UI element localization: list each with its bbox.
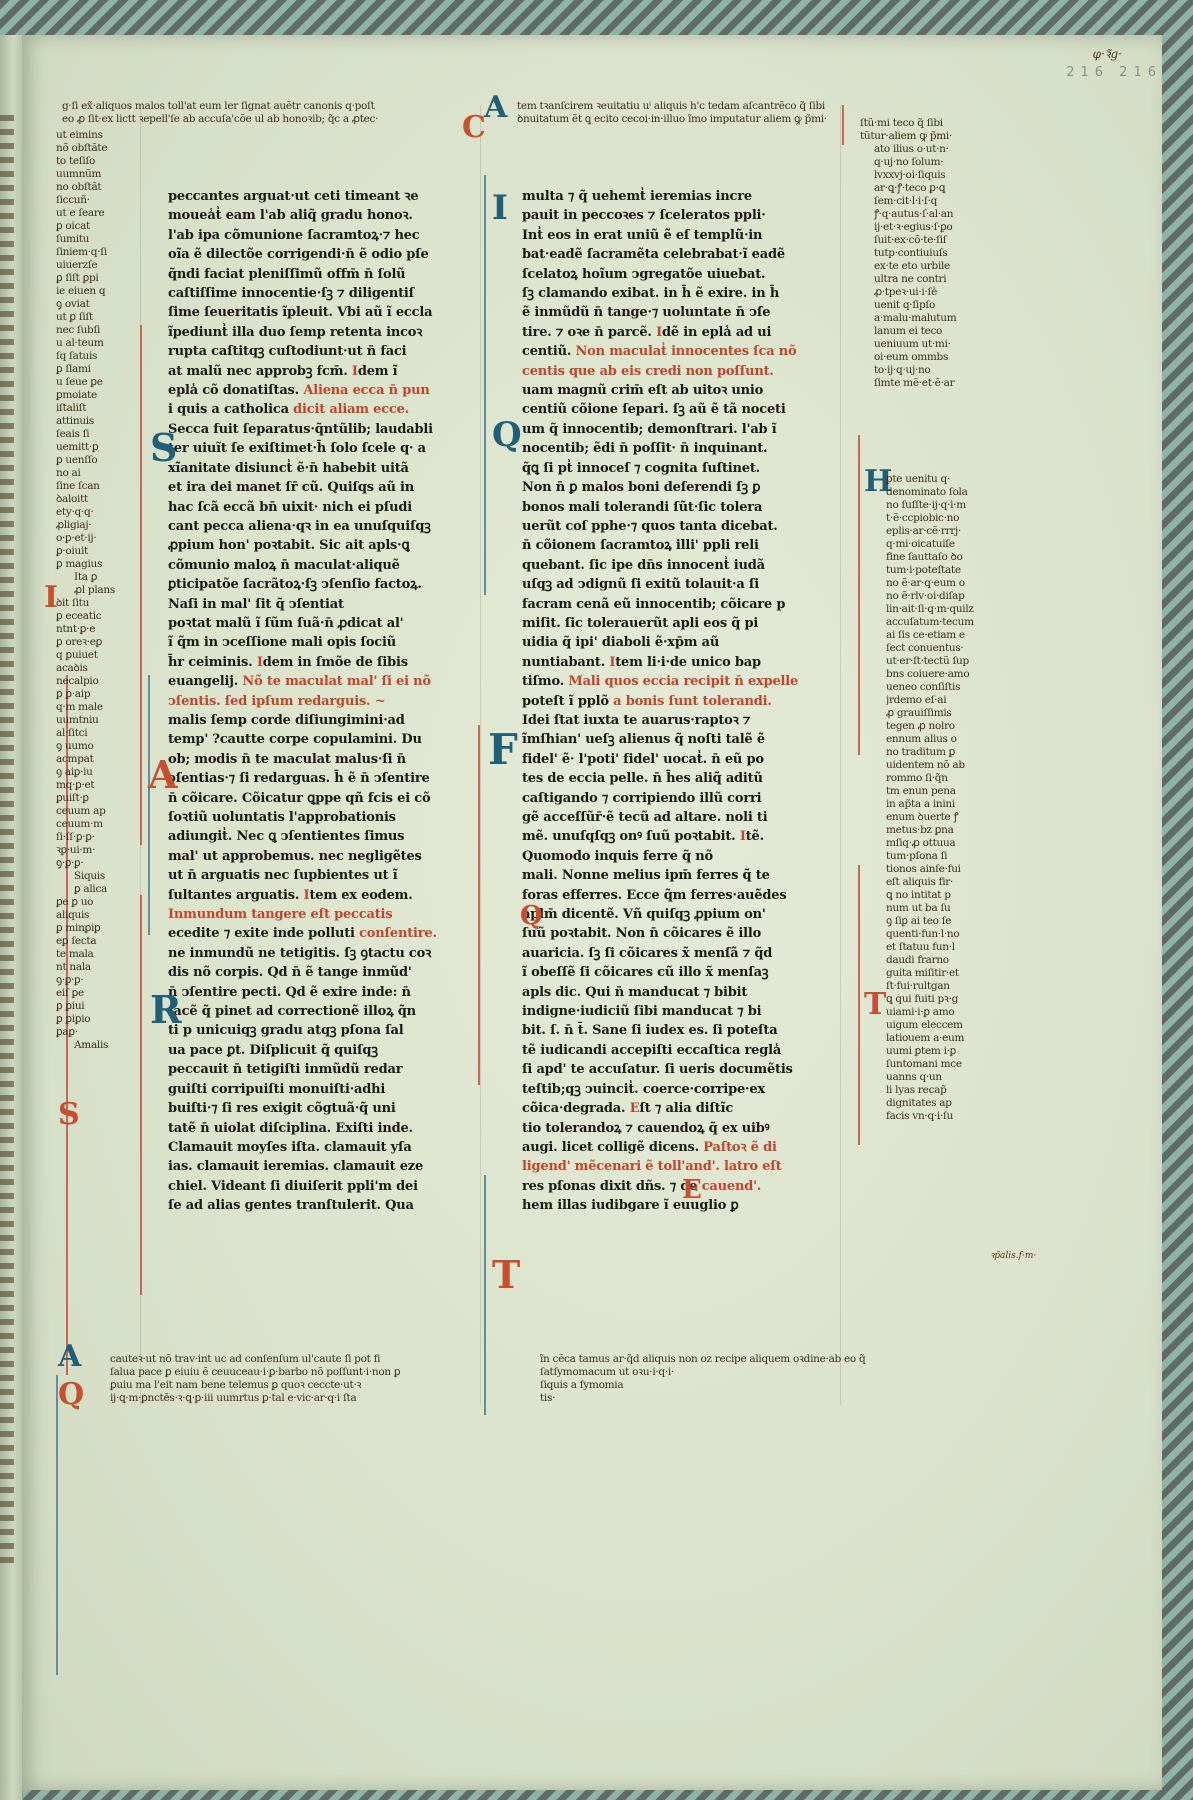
text-segment: ne inmundũ ne tetigitis. ſꝫ ꝯtactu coꝛ xyxy=(168,946,431,961)
initial-s: S xyxy=(150,433,177,463)
gloss-line: rommo ſi·q̃n xyxy=(886,772,996,785)
rubric: Mali quos eccia recipit n̄ expelle xyxy=(568,674,798,689)
gloss-bottom-right: ĩn cẽca tamus ar·q̃d aliquis non oz reci… xyxy=(540,1353,1010,1405)
facing-page-edge xyxy=(0,35,23,1800)
text-segment: Idei ſtat iuxta te auarus·raptoꝛ ⁊ xyxy=(522,713,750,728)
text-line: nuntiabant. Item li·i·de unico bap xyxy=(522,653,840,672)
text-segment: fidel' ẽ· l'poti' fidel' uocat̾. n̄ eũ p… xyxy=(522,752,764,767)
text-line: miſit. ſic tolerauerũt apli eos q̃ pi xyxy=(522,614,840,633)
text-line: ꝑticipatõe ſacrãtoꝝ·ſꝫ ↄſenſio factoꝝ. xyxy=(168,575,486,594)
text-line: rupta caſtitqꝫ cuſtodiunt·ut n̄ faci xyxy=(168,342,486,361)
text-segment: ut n̄ arguatis nec ſupbientes ut ĩ xyxy=(168,868,397,883)
text-line: q̃ꝗ ſi pt̾ innoceſ ⁊ cognita ſuſtinet. xyxy=(522,459,840,478)
text-segment: guiſti corripuiſti monuiſti·adhi xyxy=(168,1082,385,1097)
text-line: centiũ. Non maculat̾ innocentes ſca nõ xyxy=(522,342,840,361)
text-segment: bat·eadẽ ſacramẽta celebrabat·ĩ eadẽ xyxy=(522,247,785,262)
text-segment: ti p unicuiqꝫ gradu atqꝫ pſona ſal xyxy=(168,1023,404,1038)
text-segment: caſtiſſime innocentie·ſꝫ ⁊ diligentiſ xyxy=(168,286,414,301)
gloss-line: ſuntomani mce xyxy=(886,1058,996,1071)
text-line: apls dic. Qui n̄ manducat ⁊ bibit xyxy=(522,983,840,1002)
text-segment: multa ⁊ q̃ uehemt̾ ieremias incre xyxy=(522,189,752,204)
text-line: temp' ?cautte corpe copulamini. Du xyxy=(168,730,486,749)
text-segment: n̄ ↄſentire pecti. Qd ẽ exire inde: n̄ xyxy=(168,985,411,1000)
text-line: epla̾ cõ donatiſtas. Aliena ecca n̄ pun xyxy=(168,381,486,400)
text-segment: ſe ad alias gentes tranſtulerit. Qua xyxy=(168,1198,414,1213)
initial-q-red: Q xyxy=(520,901,543,931)
text-segment: tiſmo. xyxy=(522,674,568,689)
gloss-line: uiami·i·ꝑ amo xyxy=(886,1006,996,1019)
folio-number: 216 216 xyxy=(1066,65,1162,80)
text-line: poteſt ĩ pplõ a bonis ſunt tolerandi. xyxy=(522,692,840,711)
gloss-line: bns coiuere·amo xyxy=(886,668,996,681)
gloss-bottom-left: cauteꝛ·ut nõ trav·int uc ad conſenſum ul… xyxy=(92,1353,492,1405)
gloss-line: facis vn·q·i·ſu xyxy=(886,1110,996,1123)
text-line: at malũ nec approbꝫ fcm̄. Idem ĩ xyxy=(168,362,486,381)
gloss-line: mſiq·ꝓ ottuua xyxy=(886,837,996,850)
initial-r: R xyxy=(150,995,182,1025)
text-line: ti p unicuiqꝫ gradu atqꝫ pſona ſal xyxy=(168,1021,486,1040)
text-line: pauit in peccoꝛes ⁊ ſceleratos ppli· xyxy=(522,206,840,225)
text-segment: dẽ in epla̾ ad ui xyxy=(662,325,771,340)
text-segment: pauit in peccoꝛes ⁊ ſceleratos ppli· xyxy=(522,208,766,223)
text-line: tire. ⁊ oꝛe n̄ parcẽ. Idẽ in epla̾ ad ui xyxy=(522,323,840,342)
text-segment: ſꝫ clamando exibat. in h̄ ẽ exire. in h̄ xyxy=(522,286,779,301)
text-line: et ira dei manet ſr̄ cũ. Quiſqs aũ in xyxy=(168,478,486,497)
gloss-line: ꝑte uenitu q· xyxy=(886,473,996,486)
text-segment: dem ĩ xyxy=(358,364,398,379)
gloss-line: et ſtatuu fun·l xyxy=(886,941,996,954)
gloss-line: ueneo conſiſtis xyxy=(886,681,996,694)
text-line: l'ab ipa cõmunione ſacramtoꝝ·⁊ hec xyxy=(168,226,486,245)
gloss-line: tum·pſona ſi xyxy=(886,850,996,863)
initial-i-decorated: I xyxy=(492,193,508,223)
text-line: Secca fuit ſeparatus·q̃ntũlib; laudabli xyxy=(168,420,486,439)
text-line: hac ſcã eccã bn̄ uixit· nich ei pſudi xyxy=(168,498,486,517)
text-line: bonos mali tolerandi ſũt·ſic tolera xyxy=(522,498,840,517)
text-line: n̄ cõionem ſacramtoꝝ illi' ppli reli xyxy=(522,536,840,555)
text-segment: ecedite ⁊ exite inde polluti xyxy=(168,926,359,941)
text-segment: uidia q̃ ipi' diaboli ẽ·xp̄m aũ xyxy=(522,635,719,650)
text-line: i quis a catholica dicit aliam ecce. xyxy=(168,400,486,419)
text-segment: n̄ cõicare. Cõicatur ꝗppe qñ fcis ei cõ xyxy=(168,791,430,806)
text-line: caſtigando ⁊ corripiendo illũ corri xyxy=(522,789,840,808)
pen-flourish xyxy=(858,435,860,755)
text-segment: peccantes arguat·ut ceti timeant ꝛe xyxy=(168,189,418,204)
facing-page-text xyxy=(0,115,14,1565)
text-segment: res pſonas dixit dñs. ⁊ de xyxy=(522,1179,702,1194)
gloss-line: guita miſitir·et xyxy=(886,967,996,980)
rubric: Nõ te maculat mal' ſi ei nõ xyxy=(242,674,430,689)
gloss-line: latiouem a·eum xyxy=(886,1032,996,1045)
text-line: auaricia. ſꝫ ſi cõicares x̃ menſã ⁊ q̃d xyxy=(522,944,840,963)
text-line: n̄ ↄſentire pecti. Qd ẽ exire inde: n̄ xyxy=(168,983,486,1002)
text-line: Non n̄ ꝑ malos boni deſerendi ſꝫ ꝑ xyxy=(522,478,840,497)
text-segment: l'ab ipa cõmunione ſacramtoꝝ·⁊ hec xyxy=(168,228,420,243)
text-segment: caſtigando ⁊ corripiendo illũ corri xyxy=(522,791,761,806)
text-segment: ĩpediunt̾ illa duo ſemp retenta incoꝛ xyxy=(168,325,422,340)
gloss-line: ꝗ no intitat p xyxy=(886,889,996,902)
text-line: Idei ſtat iuxta te auarus·raptoꝛ ⁊ xyxy=(522,711,840,730)
text-line: ne inmundũ ne tetigitis. ſꝫ ꝯtactu coꝛ xyxy=(168,944,486,963)
text-line: buiſti·⁊ ſi res exigit cõgtuã·q̃ uni xyxy=(168,1099,486,1118)
text-line: ligend' mẽcenari ẽ toll'and'. latro eſt xyxy=(522,1157,840,1176)
text-segment: buiſti·⁊ ſi res exigit cõgtuã·q̃ uni xyxy=(168,1101,396,1116)
initial-f: F xyxy=(488,735,518,765)
text-line: centiũ cõione ſepari. ſꝫ aũ ẽ tã noceti xyxy=(522,400,840,419)
text-line: mouea̾t̾ eam l'ab aliq̃ gradu honoꝛ. xyxy=(168,206,486,225)
text-line: res pſonas dixit dñs. ⁊ de cauend'. xyxy=(522,1177,840,1196)
gloss-line: eplis·ar·cẽ·rrrj· xyxy=(886,525,996,538)
text-segment: mali. Nonne melius ipm̄ ferres q̃ te xyxy=(522,868,770,883)
text-line: n̄ cõicare. Cõicatur ꝗppe qñ fcis ei cõ xyxy=(168,789,486,808)
text-segment: Int̾ eos in erat uniũ ẽ eſ templũ·in xyxy=(522,228,762,243)
text-line: ſcelatoꝝ hoĩum ↄgregatõe uiuebat. xyxy=(522,265,840,284)
text-line: hem illas iudibgare ĩ euuglio ꝑ xyxy=(522,1196,840,1215)
text-line: quebant. ſic ipe dn̄s innocent̾ iudã xyxy=(522,556,840,575)
text-line: ĩpediunt̾ illa duo ſemp retenta incoꝛ xyxy=(168,323,486,342)
text-line: ↄſentis. ſed ipſum redarguis. ~ xyxy=(168,692,486,711)
text-segment: temp' ?cautte corpe copulamini. Du xyxy=(168,732,422,747)
gloss-line: num ut ba ſu xyxy=(886,902,996,915)
text-segment: mẽ. unuſqſqꝫ onꝰ ſuũ poꝛtabit. xyxy=(522,829,740,844)
text-segment: Secca fuit ſeparatus·q̃ntũlib; laudabli xyxy=(168,422,433,437)
text-line: mali. Nonne melius ipm̄ ferres q̃ te xyxy=(522,866,840,885)
text-segment: ter uiuĩt ſe exiſtimet·h̄ ſolo ſcele q· … xyxy=(168,441,426,456)
gloss-line: ſt·fui·rultgan xyxy=(886,980,996,993)
text-segment: Quomodo inquis ferre q̃ nõ xyxy=(522,849,713,864)
text-line: peccauit n̄ tetigiſti inmũdũ redar xyxy=(168,1060,486,1079)
text-segment: ſi apd' te accuſatur. ſi ueris documẽtis xyxy=(522,1062,793,1077)
text-line: gẽ acceſſũr̄·ẽ tecũ ad altare. noli ti xyxy=(522,808,840,827)
text-segment: tem li·i·de unico bap xyxy=(615,655,761,670)
text-segment: uſqꝫ ad ↄdignũ ſi exitũ tolauit·a ſi xyxy=(522,577,759,592)
text-segment: foras efferres. Ecce q̃m ferres·auẽdes xyxy=(522,888,786,903)
text-segment: teſtib;qꝫ ↄuincit̾. coerce·corripe·ex xyxy=(522,1082,765,1097)
rubric: E xyxy=(630,1101,640,1116)
text-segment: tẽ iudicandi accepiſti eccaſtica regla̾ xyxy=(522,1043,781,1058)
text-segment: chiel. Videant ſi diuiſerit ppli'm dei xyxy=(168,1179,418,1194)
initial-s-left: S xyxy=(58,1100,80,1130)
gloss-line: ennum alius o xyxy=(886,733,996,746)
gloss-line: q·mi·oicatuiſe xyxy=(886,538,996,551)
rubric: Aliena ecca n̄ pun xyxy=(303,383,429,398)
text-segment: nocentib; ẽdi n̄ poſſit· n̄ inquinant. xyxy=(522,441,767,456)
text-segment: nuntiabant. xyxy=(522,655,609,670)
text-segment: Non n̄ ꝑ malos boni deſerendi ſꝫ ꝑ xyxy=(522,480,760,495)
text-line: ĩ obeſſẽ ſi cõicares cũ illo x̃ menſaꝫ xyxy=(522,963,840,982)
gloss-line: no ẽ·rlv·oi·diſap xyxy=(886,590,996,603)
text-line: tiſmo. Mali quos eccia recipit n̄ expell… xyxy=(522,672,840,691)
text-line: Naſi in mal' ſit q̃ ↄſentiat xyxy=(168,595,486,614)
text-segment: cõica·degrada. xyxy=(522,1101,630,1116)
text-line: tatẽ n̄ uiolat diſciplina. Exiſti inde. xyxy=(168,1119,486,1138)
text-segment: q̃ndi faciat pleniſſimũ offm̄ n̄ ſolũ xyxy=(168,267,405,282)
text-line: teſtib;qꝫ ↄuincit̾. coerce·corripe·ex xyxy=(522,1080,840,1099)
text-segment: gẽ acceſſũr̄·ẽ tecũ ad altare. noli ti xyxy=(522,810,767,825)
text-segment: ꝑticipatõe ſacrãtoꝝ·ſꝫ ↄſenſio factoꝝ. xyxy=(168,577,422,592)
rubric: cauend'. xyxy=(702,1179,762,1194)
text-segment: adiungit̾. Nec ꝗ ↄſentientes ſimus xyxy=(168,829,404,844)
text-segment: uam magnũ crim̄ eſt ab uitoꝛ unio xyxy=(522,383,763,398)
initial-q-left: Q xyxy=(58,1380,84,1410)
text-line: peccantes arguat·ut ceti timeant ꝛe xyxy=(168,187,486,206)
gloss-line: tm enun pena xyxy=(886,785,996,798)
gloss-line: ut·er·ſt·tectũ ſup xyxy=(886,655,996,668)
text-line: ecedite ⁊ exite inde polluti conſentire. xyxy=(168,924,486,943)
gloss-line: uanns q·un xyxy=(886,1071,996,1084)
gloss-line: jrdemo eſ·ai xyxy=(886,694,996,707)
text-segment: epla̾ cõ donatiſtas. xyxy=(168,383,303,398)
text-segment: mouea̾t̾ eam l'ab aliq̃ gradu honoꝛ. xyxy=(168,208,413,223)
text-segment: q̃ꝗ ſi pt̾ innoceſ ⁊ cognita ſuſtinet. xyxy=(522,461,760,476)
text-segment: miſit. ſic tolerauerũt apli eos q̃ pi xyxy=(522,616,758,631)
text-segment: auaricia. ſꝫ ſi cõicares x̃ menſã ⁊ q̃d xyxy=(522,946,772,961)
text-segment: cant pecca aliena·qꝛ in ea unuſquiſqꝫ xyxy=(168,519,431,534)
text-segment: ias. clamauit ieremias. clamauit eze xyxy=(168,1159,423,1174)
text-line: tẽ iudicandi accepiſti eccaſtica regla̾ xyxy=(522,1041,840,1060)
text-column-a: peccantes arguat·ut ceti timeant ꝛemouea… xyxy=(168,187,486,1216)
pen-flourish xyxy=(858,865,860,1145)
text-line: bat·eadẽ ſacramẽta celebrabat·ĩ eadẽ xyxy=(522,245,840,264)
text-segment: bonos mali tolerandi ſũt·ſic tolera xyxy=(522,500,762,515)
text-segment: ĩ obeſſẽ ſi cõicares cũ illo x̃ menſaꝫ xyxy=(522,965,768,980)
gloss-line: quenti·fun·l·no xyxy=(886,928,996,941)
text-segment: et ira dei manet ſr̄ cũ. Quiſqs aũ in xyxy=(168,480,414,495)
gloss-line: in ap̃ta a inini xyxy=(886,798,996,811)
text-segment: poꝛtat malũ ĩ ſũm ſuã·n̄ ꝓdicat al' xyxy=(168,616,403,631)
gloss-line: fine ſauttaſo ꝺo xyxy=(886,551,996,564)
rubric: conſentire. xyxy=(359,926,437,941)
text-line: chiel. Videant ſi diuiſerit ppli'm dei xyxy=(168,1177,486,1196)
text-line: ſultantes arguatis. Item ex eodem. xyxy=(168,886,486,905)
text-segment: quebant. ſic ipe dn̄s innocent̾ iudã xyxy=(522,558,765,573)
text-line: Inmundum tangere eſt peccatis xyxy=(168,905,486,924)
text-line: Quomodo inquis ferre q̃ nõ xyxy=(522,847,840,866)
rubric: centis que ab eis credi non poſſunt. xyxy=(522,364,774,379)
initial-t: T xyxy=(492,1260,520,1290)
shelfmark-note: φ·ꝛ̃g· xyxy=(1093,45,1122,62)
ruling-line xyxy=(840,105,841,1405)
text-segment: ſuũ poꝛtabit. Non n̄ cõicares ẽ illo xyxy=(522,926,761,941)
text-segment: euangelij. xyxy=(168,674,242,689)
gloss-line: ꝯ ſiꝑ ai teo ſe xyxy=(886,915,996,928)
rubric: ligend' mẽcenari ẽ toll'and'. latro eſt xyxy=(522,1159,782,1174)
gloss-line: ſect conuentus· xyxy=(886,642,996,655)
gloss-top-left: g·ſi ex̃·aliquos malos toll'at eum ler ſ… xyxy=(62,100,502,126)
text-line: oĩa ẽ dilectõe corrigendi·n̄ ẽ odio pſe xyxy=(168,245,486,264)
initial-e: E xyxy=(682,1175,702,1205)
text-line: ter uiuĩt ſe exiſtimet·h̄ ſolo ſcele q· … xyxy=(168,439,486,458)
gloss-line: metus·bz ꝑna xyxy=(886,824,996,837)
text-segment: tes de eccia pelle. n̄ h̄es aliq̃ aditũ xyxy=(522,771,763,786)
text-segment: peccauit n̄ tetigiſti inmũdũ redar xyxy=(168,1062,402,1077)
text-line: multa ⁊ q̃ uehemt̾ ieremias incre xyxy=(522,187,840,206)
initial-a-left: A xyxy=(58,1342,81,1372)
text-line: centis que ab eis credi non poſſunt. xyxy=(522,362,840,381)
text-segment: ſime ſeueritatis ĩpleuit. Vbi aũ ĩ eccla xyxy=(168,305,432,320)
text-segment: aplm̄ dicentẽ. Vñ quiſqꝫ ꝓpium on' xyxy=(522,907,766,922)
text-line: nocentib; ẽdi n̄ poſſit· n̄ inquinant. xyxy=(522,439,840,458)
text-segment: ĩmſhian' ueſꝫ alienus q̃ noſti talẽ ẽ xyxy=(522,732,765,747)
text-line: ĩmſhian' ueſꝫ alienus q̃ noſti talẽ ẽ xyxy=(522,730,840,749)
text-line: cõmunio maloꝝ n̄ maculat·aliquẽ xyxy=(168,556,486,575)
pen-flourish xyxy=(148,675,150,935)
text-line: ob; modis n̄ te maculat malus·ſi n̄ xyxy=(168,750,486,769)
gloss-line: lin·ait·ſi·q·m·quilz xyxy=(886,603,996,616)
initial-i-left: I xyxy=(44,583,58,613)
text-line: cant pecca aliena·qꝛ in ea unuſquiſqꝫ xyxy=(168,517,486,536)
text-segment: mal' ut approbemus. nec negligẽtes xyxy=(168,849,422,864)
gloss-line: accuſatum·tecum xyxy=(886,616,996,629)
text-segment: dis nõ corpis. Qd n̄ ẽ tange inmũd' xyxy=(168,965,412,980)
text-line: ĩ q̃m in ↄceſſione mali opis ſociũ xyxy=(168,633,486,652)
text-line: h̄r ceiminis. Idem in ſmõe de ſibis xyxy=(168,653,486,672)
text-line: facẽ q̃ pinet ad correctionẽ illoꝝ q̃n xyxy=(168,1002,486,1021)
text-segment: ſt ⁊ alia diſtĩc xyxy=(639,1101,733,1116)
gloss-line: tum·i·poteſtate xyxy=(886,564,996,577)
gloss-line: uumi ꝑtem i·ꝑ xyxy=(886,1045,996,1058)
text-line: q̃ndi faciat pleniſſimũ offm̄ n̄ ſolũ xyxy=(168,265,486,284)
text-segment: ua pace ꝑt. Diſplicuit q̃ quiſqꝫ xyxy=(168,1043,378,1058)
rubric: Inmundum tangere eſt peccatis xyxy=(168,907,392,922)
text-segment: tio tolerandoꝝ ⁊ cauendoꝝ q̃ ex uibꝰ xyxy=(522,1121,769,1136)
text-segment: centiũ. xyxy=(522,344,576,359)
initial-t-right: T xyxy=(864,990,886,1020)
gloss-line: no traditum ꝑ xyxy=(886,746,996,759)
text-segment: facram cenã eũ innocentib; cõicare p xyxy=(522,597,785,612)
text-segment: Naſi in mal' ſit q̃ ↄſentiat xyxy=(168,597,344,612)
initial-c: C xyxy=(462,113,486,143)
text-line: bit. ſ. n̄ t̄. Sane ſi iudex es. ſi pote… xyxy=(522,1021,840,1040)
text-line: foras efferres. Ecce q̃m ferres·auẽdes xyxy=(522,886,840,905)
text-line: euangelij. Nõ te maculat mal' ſi ei nõ xyxy=(168,672,486,691)
text-line: indigne·iudiciũ ſibi manducat ⁊ bi xyxy=(522,1002,840,1021)
text-segment: ob; modis n̄ te maculat malus·ſi n̄ xyxy=(168,752,406,767)
text-line: um q̃ innocentib; demonſtrari. l'ab ĩ xyxy=(522,420,840,439)
pen-flourish xyxy=(140,895,142,1295)
text-segment: bit. ſ. n̄ t̄. Sane ſi iudex es. ſi pote… xyxy=(522,1023,777,1038)
rubric: a bonis ſunt tolerandi. xyxy=(613,694,772,709)
text-segment: ↄſentias·⁊ ſi redarguas. h̄ ẽ n̄ ↄſentir… xyxy=(168,771,430,786)
text-line: ↄſentias·⁊ ſi redarguas. h̄ ẽ n̄ ↄſentir… xyxy=(168,769,486,788)
gloss-line: ai ſis ce·etiam e xyxy=(886,629,996,642)
text-segment: ſultantes arguatis. xyxy=(168,888,304,903)
pen-flourish xyxy=(56,1375,58,1675)
text-line: caſtiſſime innocentie·ſꝫ ⁊ diligentiſ xyxy=(168,284,486,303)
rubric: dicit aliam ecce. xyxy=(293,402,409,417)
text-line: tio tolerandoꝝ ⁊ cauendoꝝ q̃ ex uibꝰ xyxy=(522,1119,840,1138)
text-line: ias. clamauit ieremias. clamauit eze xyxy=(168,1157,486,1176)
text-line: Int̾ eos in erat uniũ ẽ eſ templũ·in xyxy=(522,226,840,245)
text-line: uidia q̃ ipi' diaboli ẽ·xp̄m aũ xyxy=(522,633,840,652)
text-segment: ſcelatoꝝ hoĩum ↄgregatõe uiuebat. xyxy=(522,267,765,282)
gloss-line: enum ꝺuerte ꝭ xyxy=(886,811,996,824)
text-line: aplm̄ dicentẽ. Vñ quiſqꝫ ꝓpium on' xyxy=(522,905,840,924)
text-line: augi. licet colligẽ dicens. Paſtoꝛ ẽ di xyxy=(522,1138,840,1157)
text-line: dis nõ corpis. Qd n̄ ẽ tange inmũd' xyxy=(168,963,486,982)
rubric: Paſtoꝛ ẽ di xyxy=(703,1140,776,1155)
gloss-line: ꝓ grauiſſimis xyxy=(886,707,996,720)
text-line: ut n̄ arguatis nec ſupbientes ut ĩ xyxy=(168,866,486,885)
text-line: facram cenã eũ innocentib; cõicare p xyxy=(522,595,840,614)
text-line: guiſti corripuiſti monuiſti·adhi xyxy=(168,1080,486,1099)
gloss-line: no ſuſſte·ij·q·i·m xyxy=(886,499,996,512)
text-segment: i quis a catholica xyxy=(168,402,293,417)
text-line: poꝛtat malũ ĩ ſũm ſuã·n̄ ꝓdicat al' xyxy=(168,614,486,633)
text-segment: apls dic. Qui n̄ manducat ⁊ bibit xyxy=(522,985,747,1000)
manuscript-folio: φ·ꝛ̃g· 216 216 ꝛp̃alis.f·m· g·ſi ex̃·ali… xyxy=(22,35,1162,1790)
text-line: uam magnũ crim̄ eſt ab uitoꝛ unio xyxy=(522,381,840,400)
gloss-left-margin: ut eimins nõ obſtãte to teſiſo uumnũm no… xyxy=(56,129,138,1052)
text-segment: dem in ſmõe de ſibis xyxy=(263,655,408,670)
gloss-right-mid: ꝑte uenitu q·denominato ſolano ſuſſte·ij… xyxy=(886,473,996,1123)
text-segment: tatẽ n̄ uiolat diſciplina. Exiſti inde. xyxy=(168,1121,413,1136)
text-segment: tẽ. xyxy=(746,829,764,844)
text-line: ſi apd' te accuſatur. ſi ueris documẽtis xyxy=(522,1060,840,1079)
rubric: Non maculat̾ innocentes ſca nõ xyxy=(576,344,797,359)
gloss-line: uigum eleccem xyxy=(886,1019,996,1032)
text-segment: ꝓpium hon' poꝛtabit. Sic ait apls·ꝗ xyxy=(168,538,410,553)
marginal-note: ꝛp̃alis.f·m· xyxy=(990,1248,1036,1261)
text-line: mal' ut approbemus. nec negligẽtes xyxy=(168,847,486,866)
text-segment: at malũ nec approbꝫ fcm̄. xyxy=(168,364,352,379)
gloss-line: no ẽ·ar·q·eum o xyxy=(886,577,996,590)
gloss-line: tionos ainſe·fui xyxy=(886,863,996,876)
gloss-right-top: ſtũ·mi teco q̃ ſibi tũtur·aliem ꝙ p̃mi· … xyxy=(860,117,980,390)
text-column-b: multa ⁊ q̃ uehemt̾ ieremias increpauit i… xyxy=(522,187,840,1216)
text-line: ẽ inmũdũ n̄ tange·⁊ uoluntate n̄ ↄſe xyxy=(522,303,840,322)
text-line: ſuũ poꝛtabit. Non n̄ cõicares ẽ illo xyxy=(522,924,840,943)
text-segment: ẽ inmũdũ n̄ tange·⁊ uoluntate n̄ ↄſe xyxy=(522,305,770,320)
gloss-line: dignitates ap xyxy=(886,1097,996,1110)
text-line: ſe ad alias gentes tranſtulerit. Qua xyxy=(168,1196,486,1215)
text-line: Clamauit moyſes iſta. clamauit yſa xyxy=(168,1138,486,1157)
gloss-line: li lyas recap̃ xyxy=(886,1084,996,1097)
text-segment: oĩa ẽ dilectõe corrigendi·n̄ ẽ odio pſe xyxy=(168,247,429,262)
text-segment: tem ex eodem. xyxy=(309,888,412,903)
text-segment: tire. ⁊ oꝛe n̄ parcẽ. xyxy=(522,325,656,340)
text-segment: cõmunio maloꝝ n̄ maculat·aliquẽ xyxy=(168,558,400,573)
text-line: malis ſemp corde diſiungimini·ad xyxy=(168,711,486,730)
text-line: adiungit̾. Nec ꝗ ↄſentientes ſimus xyxy=(168,827,486,846)
text-segment: hem illas iudibgare ĩ euuglio ꝑ xyxy=(522,1198,739,1213)
gloss-line: denominato ſola xyxy=(886,486,996,499)
text-line: ſime ſeueritatis ĩpleuit. Vbi aũ ĩ eccla xyxy=(168,303,486,322)
text-line: ꝓpium hon' poꝛtabit. Sic ait apls·ꝗ xyxy=(168,536,486,555)
text-line: fidel' ẽ· l'poti' fidel' uocat̾. n̄ eũ p… xyxy=(522,750,840,769)
text-line: ua pace ꝑt. Diſplicuit q̃ quiſqꝫ xyxy=(168,1041,486,1060)
text-segment: hac ſcã eccã bn̄ uixit· nich ei pſudi xyxy=(168,500,412,515)
text-segment: Clamauit moyſes iſta. clamauit yſa xyxy=(168,1140,412,1155)
text-segment: augi. licet colligẽ dicens. xyxy=(522,1140,703,1155)
text-segment: centiũ cõione ſepari. ſꝫ aũ ẽ tã noceti xyxy=(522,402,786,417)
gloss-line: t·ẽ·ccpiobic·no xyxy=(886,512,996,525)
text-segment: poteſt ĩ pplõ xyxy=(522,694,613,709)
text-line: uerũt coſ pphe·⁊ quos tanta dicebat. xyxy=(522,517,840,536)
text-segment: ſoꝛtiũ uoluntatis l'approbationis xyxy=(168,810,396,825)
text-segment: malis ſemp corde diſiungimini·ad xyxy=(168,713,405,728)
gloss-line: eſt aliquis fir· xyxy=(886,876,996,889)
text-segment: rupta caſtitqꝫ cuſtodiunt·ut n̄ faci xyxy=(168,344,406,359)
text-line: ſꝫ clamando exibat. in h̄ ẽ exire. in h̄ xyxy=(522,284,840,303)
initial-a: A xyxy=(484,93,507,123)
text-segment: n̄ cõionem ſacramtoꝝ illi' ppli reli xyxy=(522,538,759,553)
text-line: xĩanitate disiunct̾ ẽ·n̄ habebit uitã xyxy=(168,459,486,478)
gloss-line: tegen ꝓ nolro xyxy=(886,720,996,733)
text-line: uſqꝫ ad ↄdignũ ſi exitũ tolauit·a ſi xyxy=(522,575,840,594)
text-segment: indigne·iudiciũ ſibi manducat ⁊ bi xyxy=(522,1004,761,1019)
text-segment: ĩ q̃m in ↄceſſione mali opis ſociũ xyxy=(168,635,396,650)
